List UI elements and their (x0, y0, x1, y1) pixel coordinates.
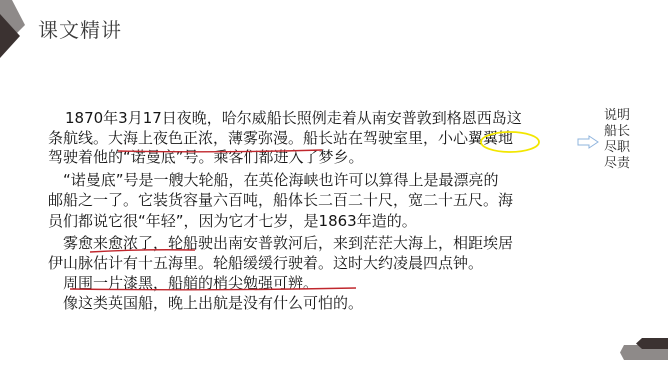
side-annotation-line: 尽职 (604, 140, 634, 156)
side-annotation-line: 说明 (604, 108, 634, 124)
right-arrow-outline-icon (577, 135, 599, 149)
header-decoration-icon (0, 0, 40, 70)
passage-line: “诺曼底”号是一艘大轮船，在英伦海峡也许可以算得上是最漂亮的 (63, 170, 499, 190)
passage-line: 周围一片漆黑，船艏的梢尖勉强可辨。 (63, 273, 318, 293)
passage-line: 雾愈来愈浓了，轮船驶出南安普敦河后，来到茫茫大海上，相距埃居 (63, 233, 513, 253)
passage-line: 员们都说它很“年轻”，因为它才七岁，是1863年造的。 (48, 211, 417, 231)
passage-line: 1870年3月17日夜晚，哈尔威船长照例走着从南安普敦到格恩西岛这 (65, 108, 522, 128)
passage-line: 条航线。大海上夜色正浓，薄雾弥漫。船长站在驾驶室里，小心翼翼地 (48, 128, 513, 148)
passage-line: 驾驶着他的“诺曼底”号。乘客们都进入了梦乡。 (48, 147, 364, 167)
footer-decoration-icon (620, 335, 668, 365)
side-annotation-line: 尽责 (604, 156, 634, 172)
side-annotation-line: 船长 (604, 124, 634, 140)
passage-line: 邮船之一了。它装货容量六百吨，船体长二百二十尺，宽二十五尺。海 (48, 190, 513, 210)
side-annotation: 说明 船长 尽职 尽责 (604, 108, 634, 172)
passage-line: 伊山脉估计有十五海里。轮船缓缓行驶着。这时大约凌晨四点钟。 (48, 253, 483, 273)
passage-line: 像这类英国船，晚上出航是没有什么可怕的。 (63, 293, 363, 313)
page-title: 课文精讲 (38, 17, 122, 43)
